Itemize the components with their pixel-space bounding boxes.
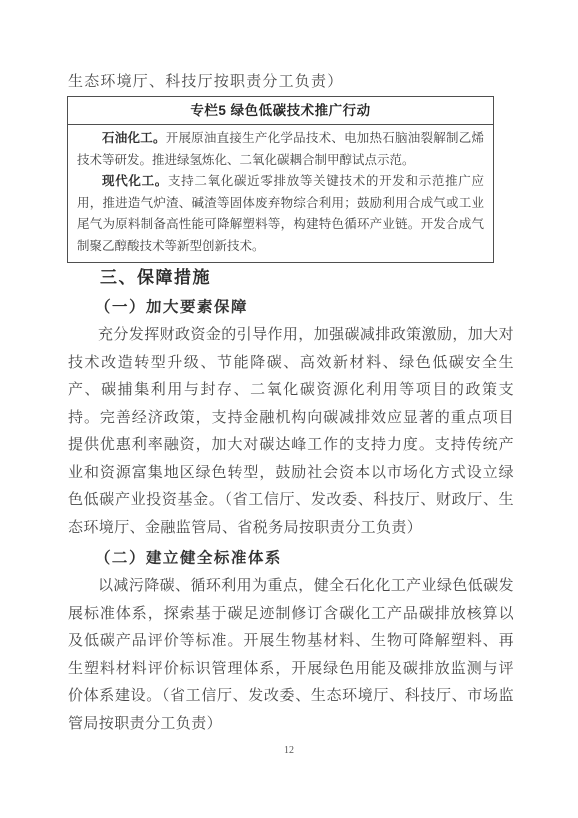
paragraph-lead: 现代化工。 bbox=[102, 174, 168, 188]
document-page: 生态环境厅、科技厅按职责分工负责） 专栏5 绿色低碳技术推广行动 石油化工。开展… bbox=[0, 0, 578, 818]
callout-box-body: 石油化工。开展原油直接生产化学品技术、电加热石脑油裂解制乙烯技术等研发。推进绿氢… bbox=[68, 125, 493, 262]
subsection-body-2: 以减污降碳、循环利用为重点，健全石化化工产业绿色低碳发展标准体系，探索基于碳足迹… bbox=[68, 573, 514, 738]
page-number: 12 bbox=[0, 745, 578, 756]
callout-box: 专栏5 绿色低碳技术推广行动 石油化工。开展原油直接生产化学品技术、电加热石脑油… bbox=[67, 96, 494, 263]
subsection-title-1: （一）加大要素保障 bbox=[95, 295, 249, 317]
section-heading: 三、保障措施 bbox=[100, 263, 211, 288]
callout-paragraph-petrochemical: 石油化工。开展原油直接生产化学品技术、电加热石脑油裂解制乙烯技术等研发。推进绿氢… bbox=[77, 128, 484, 171]
subsection-body-1: 充分发挥财政资金的引导作用，加强碳减排政策激励，加大对技术改造转型升级、节能降碳… bbox=[68, 322, 514, 542]
subsection-title-2: （二）建立健全标准体系 bbox=[95, 546, 283, 568]
callout-paragraph-modern-chemical: 现代化工。支持二氧化碳近零排放等关键技术的开发和示范推广应用，推进造气炉渣、碱渣… bbox=[77, 171, 484, 257]
paragraph-lead: 石油化工。 bbox=[102, 131, 166, 145]
callout-box-title: 专栏5 绿色低碳技术推广行动 bbox=[68, 97, 493, 125]
continuation-text: 生态环境厅、科技厅按职责分工负责） bbox=[68, 70, 514, 91]
